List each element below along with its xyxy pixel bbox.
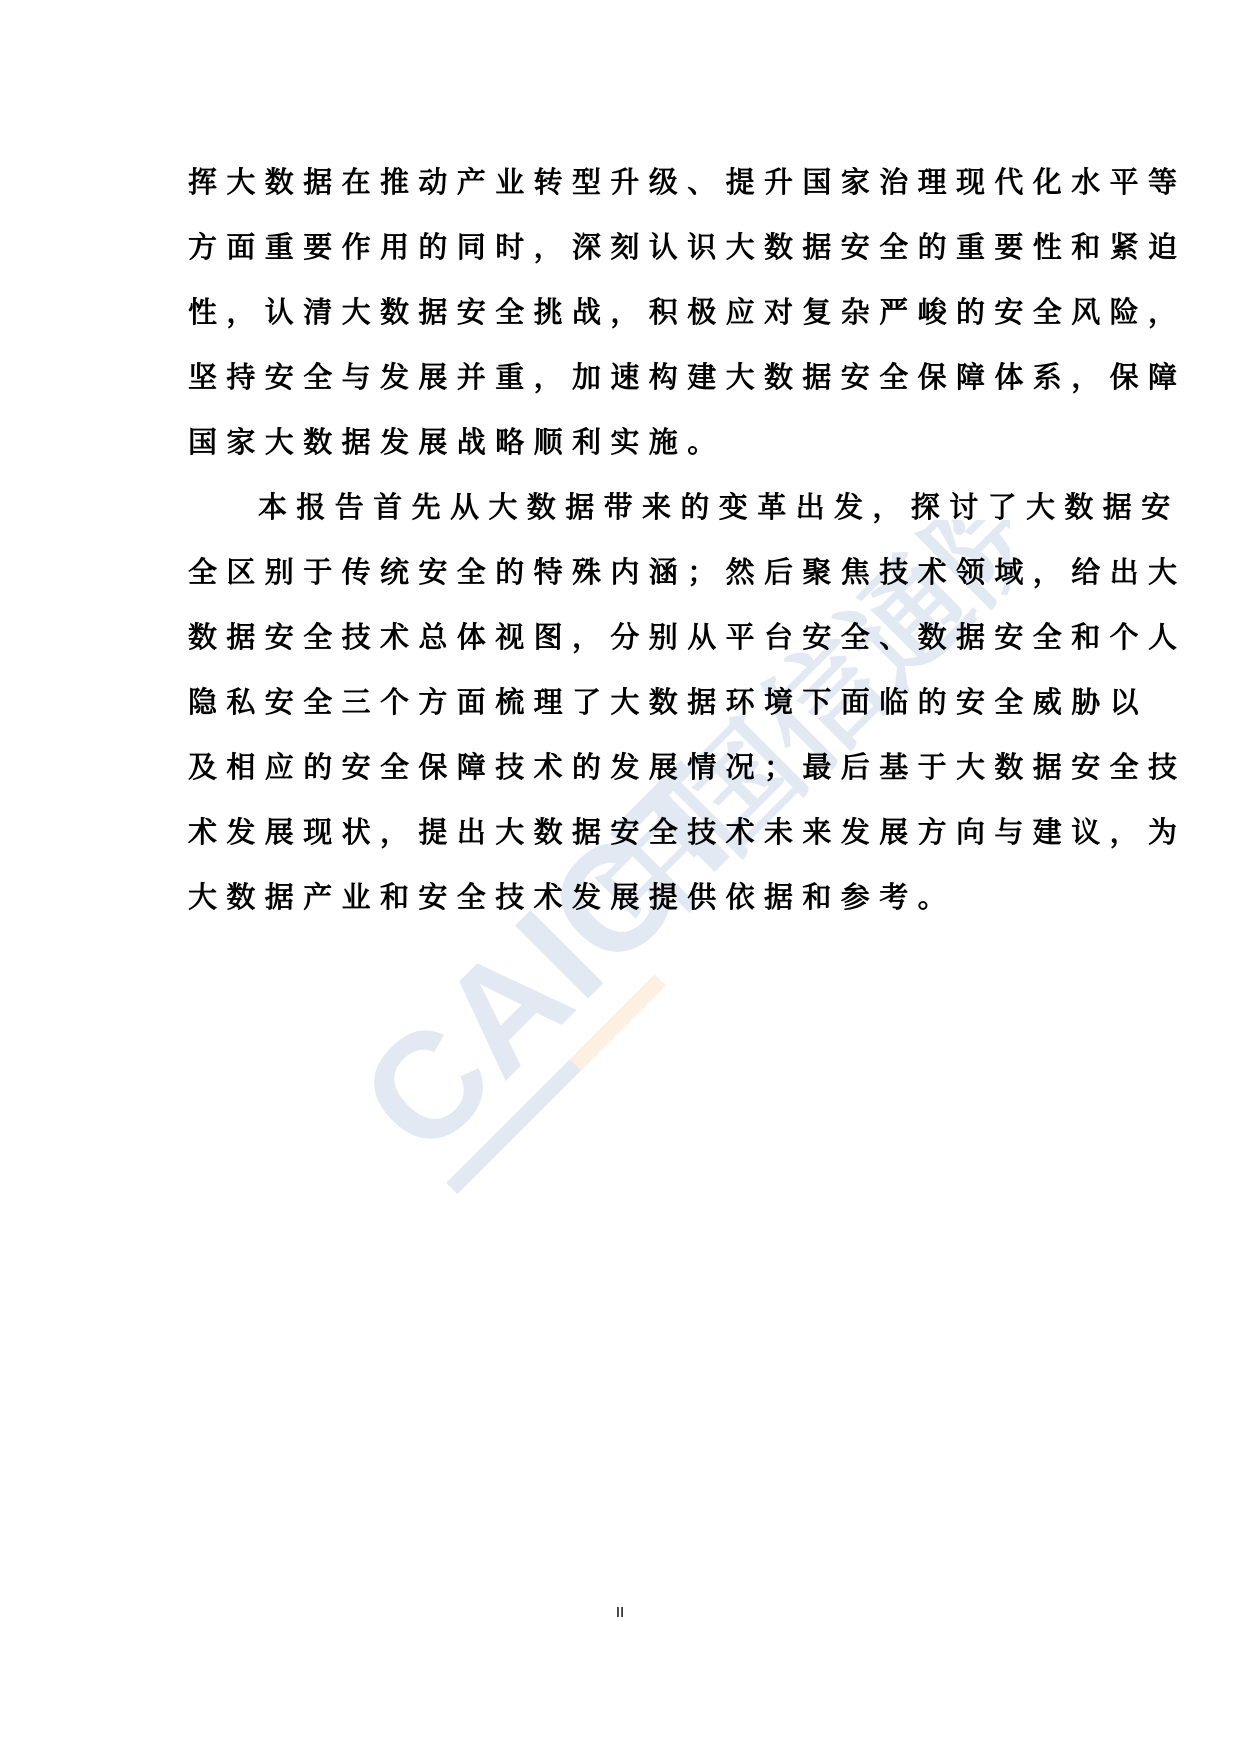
text-line: 本报告首先从大数据带来的变革出发，探讨了大数据安 [188, 485, 1068, 550]
text-line: 术发展现状，提出大数据安全技术未来发展方向与建议，为 [188, 810, 1068, 875]
text-line: 隐私安全三个方面梳理了大数据环境下面临的安全威胁以 [188, 680, 1068, 745]
text-line: 性，认清大数据安全挑战，积极应对复杂严峻的安全风险， [188, 290, 1068, 355]
text-line: 国家大数据发展战略顺利实施。 [188, 420, 1068, 485]
text-line: 挥大数据在推动产业转型升级、提升国家治理现代化水平等 [188, 160, 1068, 225]
paragraph-1: 挥大数据在推动产业转型升级、提升国家治理现代化水平等 方面重要作用的同时，深刻认… [188, 160, 1068, 485]
text-line: 坚持安全与发展并重，加速构建大数据安全保障体系，保障 [188, 355, 1068, 420]
text-line: 全区别于传统安全的特殊内涵；然后聚焦技术领域，给出大 [188, 550, 1068, 615]
paragraph-2: 本报告首先从大数据带来的变革出发，探讨了大数据安 全区别于传统安全的特殊内涵；然… [188, 485, 1068, 940]
page-number: II [0, 1604, 1240, 1621]
body-text: 挥大数据在推动产业转型升级、提升国家治理现代化水平等 方面重要作用的同时，深刻认… [188, 160, 1068, 940]
text-line: 大数据产业和安全技术发展提供依据和参考。 [188, 875, 1068, 940]
document-page: CAICT 中国信通院 挥大数据在推动产业转型升级、提升国家治理现代化水平等 方… [0, 0, 1240, 1754]
text-line: 及相应的安全保障技术的发展情况；最后基于大数据安全技 [188, 745, 1068, 810]
text-line: 数据安全技术总体视图，分别从平台安全、数据安全和个人 [188, 615, 1068, 680]
text-line: 方面重要作用的同时，深刻认识大数据安全的重要性和紧迫 [188, 225, 1068, 290]
